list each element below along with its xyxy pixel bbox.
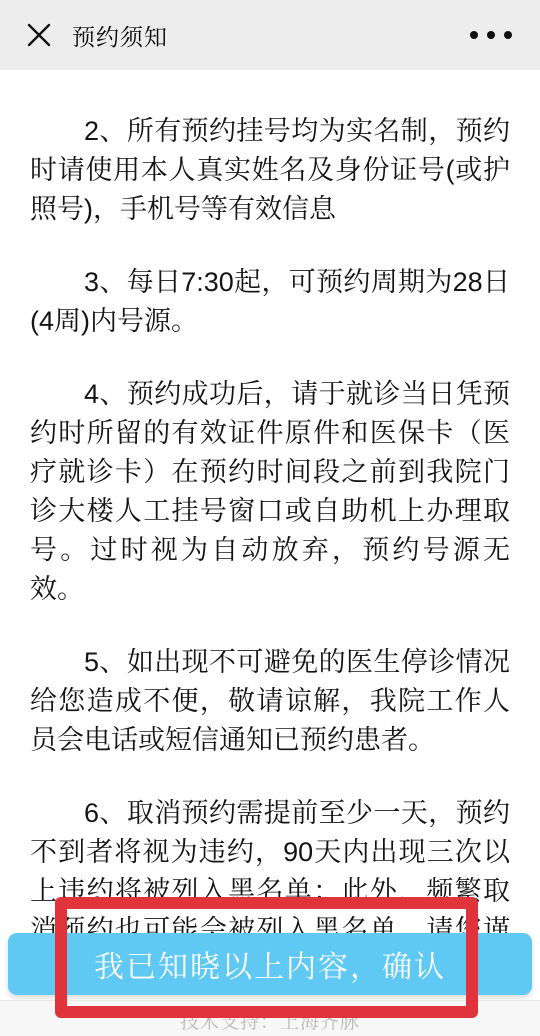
dot [504, 31, 512, 39]
confirm-button[interactable]: 我已知晓以上内容，确认 [8, 933, 532, 995]
close-icon[interactable] [26, 22, 52, 48]
notice-paragraph-5: 5、如出现不可避免的医生停诊情况给您造成不便，敬请谅解，我院工作人员会电话或短信… [30, 643, 510, 760]
notice-paragraph-3: 3、每日7:30起，可预约周期为28日(4周)内号源。 [30, 263, 510, 341]
notice-paragraph-2: 2、所有预约挂号均为实名制，预约时请使用本人真实姓名及身份证号(或护照号)，手机… [30, 112, 510, 229]
dot [487, 31, 495, 39]
notice-content: 2、所有预约挂号均为实名制，预约时请使用本人真实姓名及身份证号(或护照号)，手机… [0, 70, 540, 989]
notice-paragraph-4: 4、预约成功后，请于就诊当日凭预约时所留的有效证件原件和医保卡（医疗就诊卡）在预… [30, 375, 510, 609]
dot [470, 31, 478, 39]
more-menu-icon[interactable] [468, 25, 514, 45]
page-title: 预约须知 [72, 19, 168, 52]
titlebar: 预约须知 [0, 0, 540, 70]
appointment-notice-screen: 预约须知 2、所有预约挂号均为实名制，预约时请使用本人真实姓名及身份证号(或护照… [0, 0, 540, 1036]
footer: 技术支持：上海齐脉 [0, 1000, 540, 1036]
close-x-icon [26, 22, 52, 48]
support-text: 技术支持：上海齐脉 [180, 1007, 360, 1034]
